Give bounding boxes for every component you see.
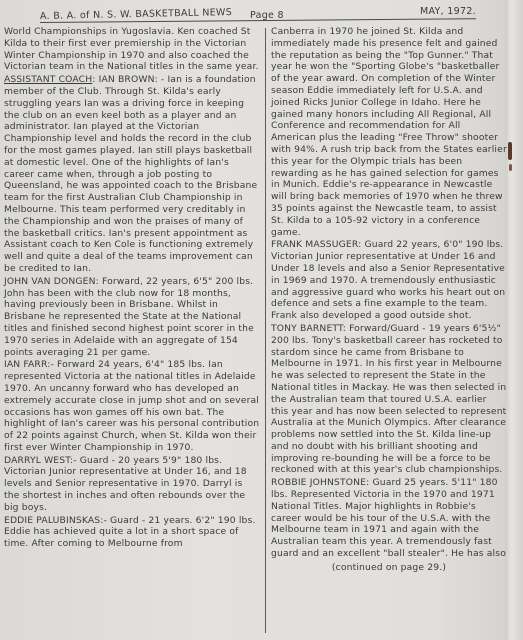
player-name: ROBBIE JOHNSTONE: (271, 477, 369, 488)
continued-note: (continued on page 29.) (271, 562, 507, 574)
player-text: Guard 25 years. 5'11" 180 lbs. Represent… (271, 477, 506, 559)
player-name: TONY BARNETT: (271, 323, 346, 334)
player-text: Forward 24 years, 6'4" 185 lbs. Ian repr… (4, 359, 259, 453)
continuation-paragraph: Canberra in 1970 he joined St. Kilda and… (271, 26, 507, 238)
player-text: Guard 22 years, 6'0" 190 lbs. Victorian … (271, 239, 505, 321)
player-name: EDDIE PALUBINSKAS:- (4, 515, 107, 526)
player-name: JOHN VAN DONGEN: (4, 276, 99, 287)
player-text: Forward, 22 years, 6'5" 200 lbs. John ha… (4, 276, 254, 358)
player-bio: EDDIE PALUBINSKAS:- Guard - 21 years. 6'… (4, 515, 260, 550)
player-name: DARRYL WEST:- (4, 455, 77, 466)
page-header: A. B. A. of N. S. W. BASKETBALL NEWS Pag… (40, 4, 476, 26)
player-text: Forward/Guard - 19 years 6'5½" 200 lbs. … (271, 323, 506, 476)
player-bio: DARRYL WEST:- Guard - 20 years 5'9" 180 … (4, 455, 260, 514)
left-column: World Championships in Yugoslavia. Ken c… (4, 26, 260, 551)
player-bio: ROBBIE JOHNSTONE: Guard 25 years. 5'11" … (271, 477, 507, 560)
player-bio: IAN FARR:- Forward 24 years, 6'4" 185 lb… (4, 359, 260, 453)
issue-date: MAY, 1972. (420, 6, 476, 17)
page-edge-shadow (505, 0, 523, 640)
player-bio: JOHN VAN DONGEN: Forward, 22 years, 6'5"… (4, 276, 260, 359)
assistant-coach-text: : IAN BROWN: - Ian is a foundation membe… (4, 74, 257, 274)
player-name: IAN FARR:- (4, 359, 54, 370)
binder-clip-mark (508, 142, 512, 160)
binder-clip-mark-small (509, 164, 512, 171)
assistant-coach-label: ASSISTANT COACH (4, 74, 92, 85)
player-bio: TONY BARNETT: Forward/Guard - 19 years 6… (271, 323, 507, 476)
assistant-coach-paragraph: ASSISTANT COACH: IAN BROWN: - Ian is a f… (4, 74, 260, 275)
player-bio: FRANK MASSUGER: Guard 22 years, 6'0" 190… (271, 239, 507, 322)
intro-paragraph: World Championships in Yugoslavia. Ken c… (4, 26, 260, 73)
player-name: FRANK MASSUGER: (271, 239, 361, 250)
column-divider (265, 28, 266, 633)
right-column: Canberra in 1970 he joined St. Kilda and… (271, 26, 507, 575)
